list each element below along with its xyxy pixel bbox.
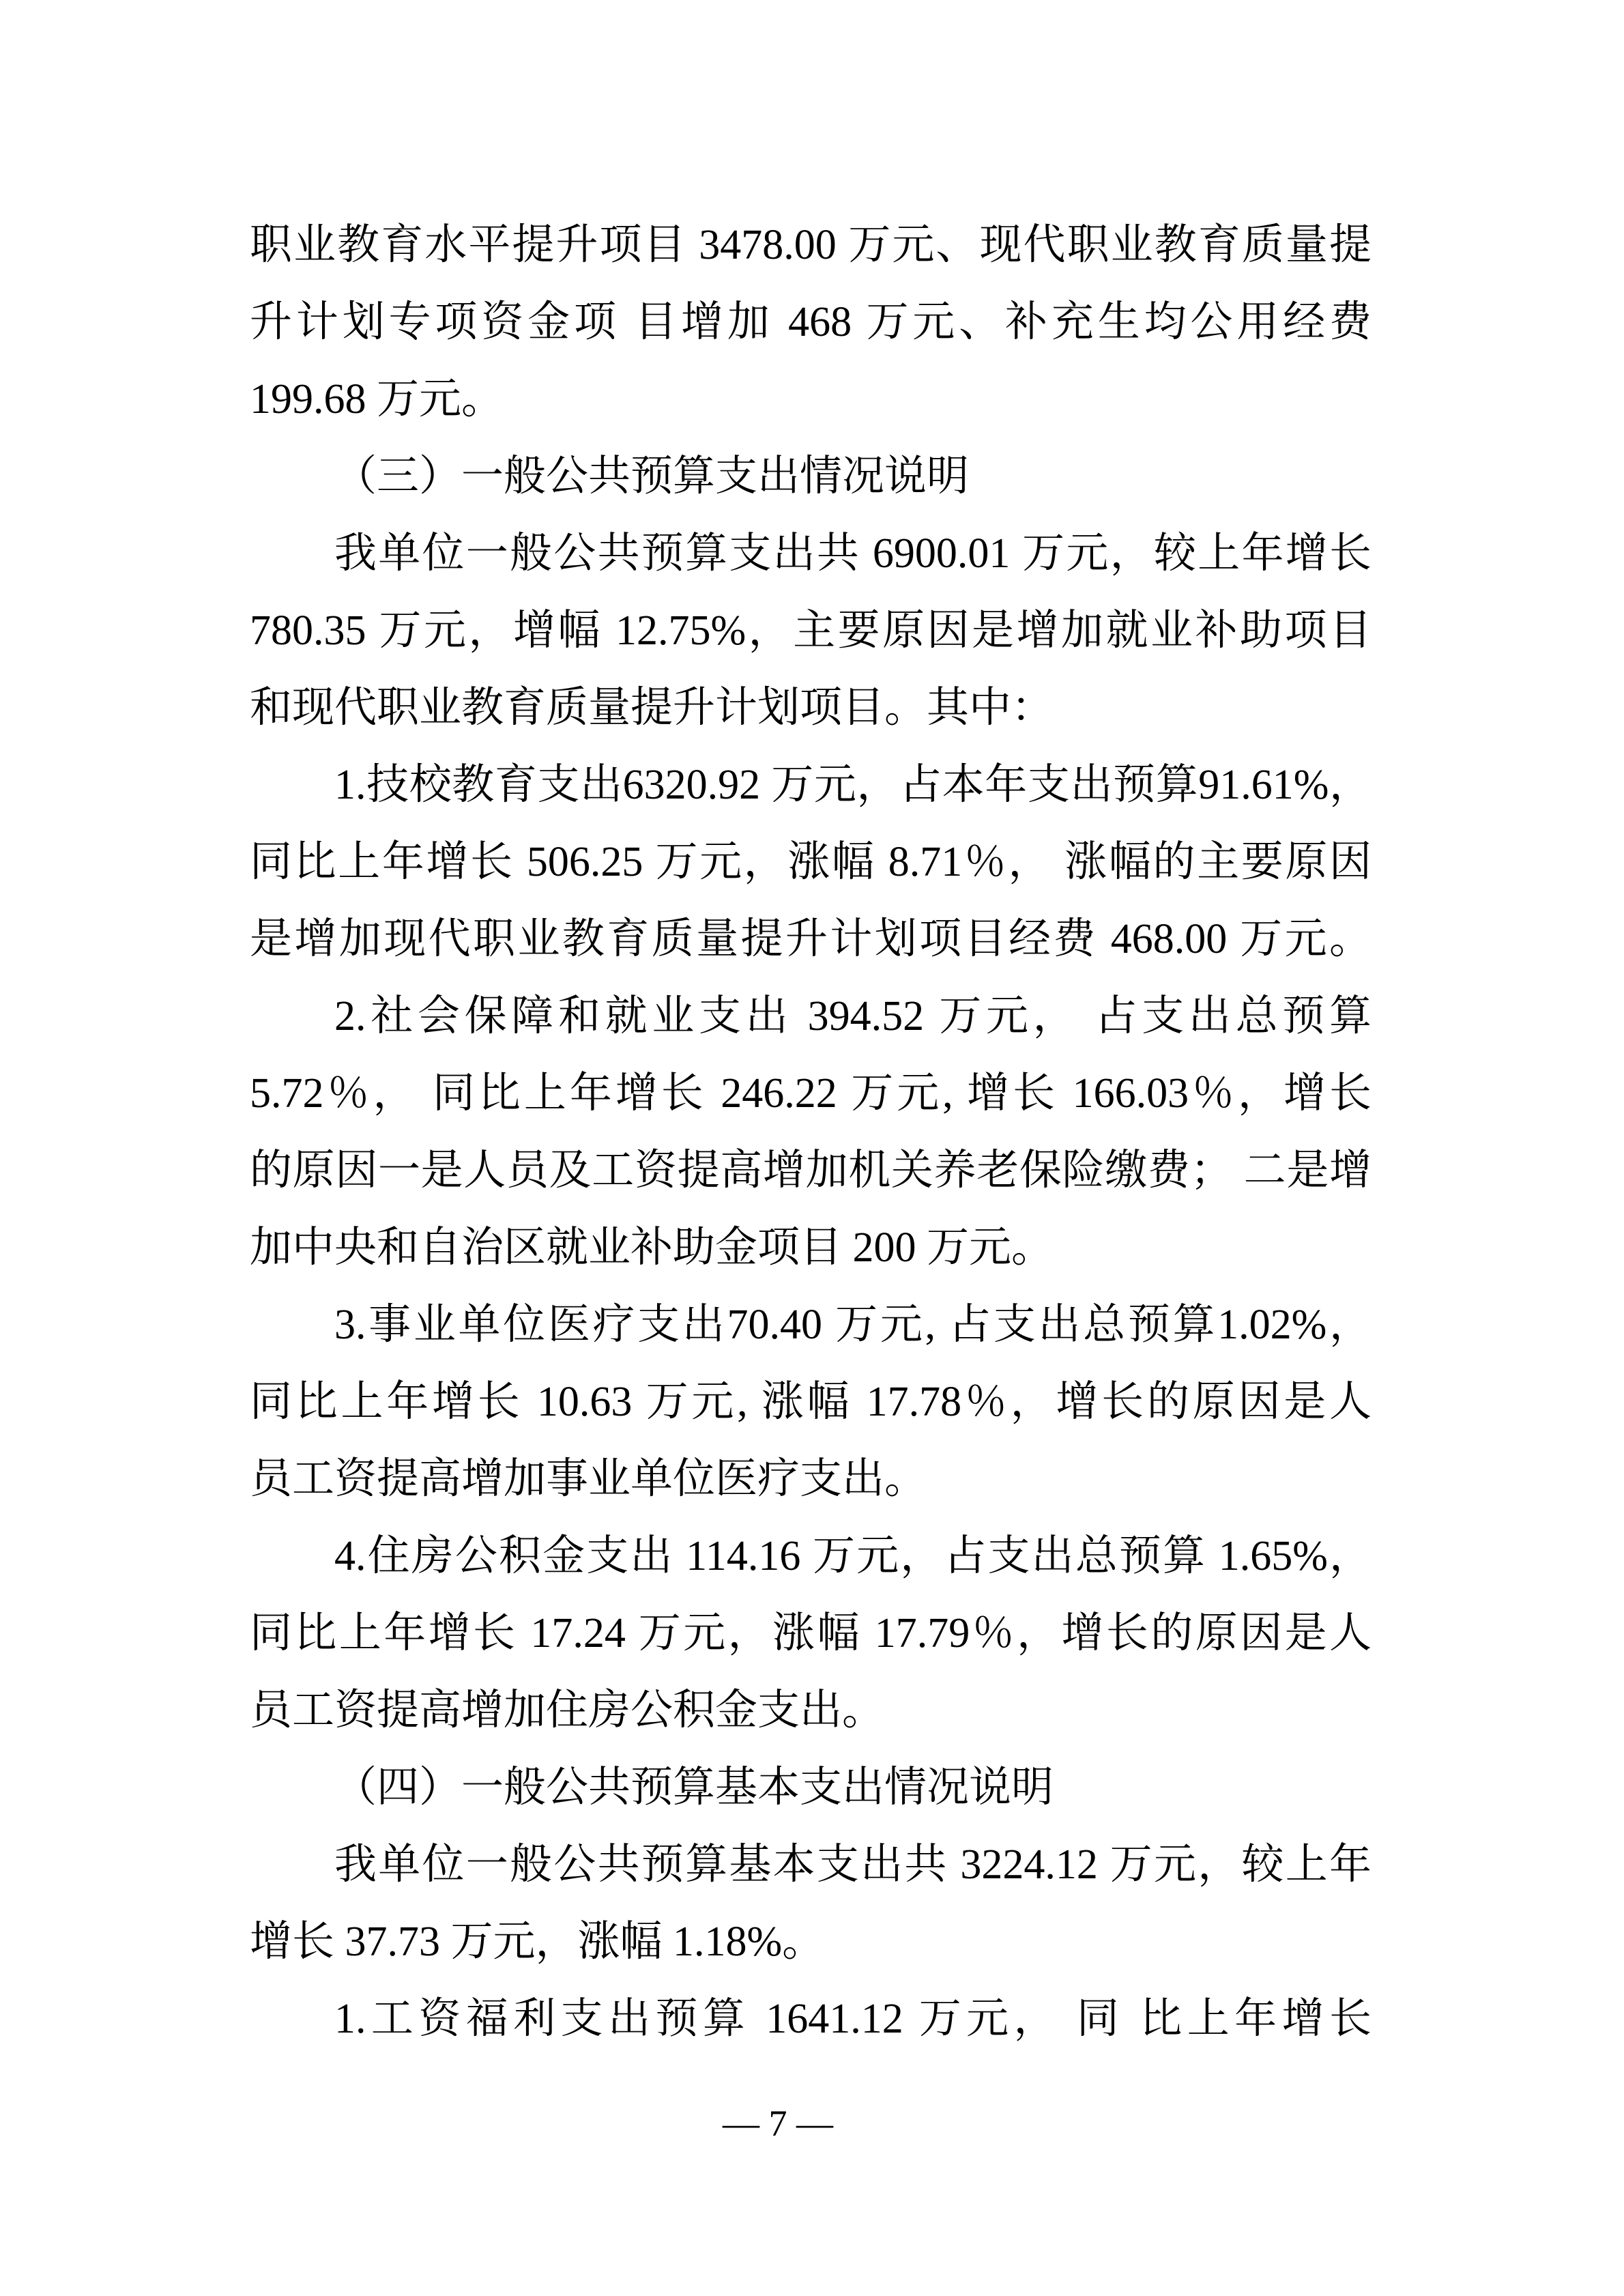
text-line: 职业教育水平提升项目 3478.00 万元、现代职业教育质量提 xyxy=(250,207,1372,284)
section-heading: （三）一般公共预算支出情况说明 xyxy=(250,438,1372,515)
section-heading: （四）一般公共预算基本支出情况说明 xyxy=(250,1749,1372,1826)
page-number: — 7 — xyxy=(723,2103,833,2144)
text-line: 780.35 万元，增幅 12.75%，主要原因是增加就业补助项目 xyxy=(250,592,1372,670)
text-line: 2.社会保障和就业支出 394.52 万元， 占支出总预算 xyxy=(250,978,1372,1055)
text-line: 我单位一般公共预算支出共 6900.01 万元，较上年增长 xyxy=(250,515,1372,592)
text-line: 我单位一般公共预算基本支出共 3224.12 万元，较上年 xyxy=(250,1826,1372,1904)
body-text: 职业教育水平提升项目 3478.00 万元、现代职业教育质量提 升计划专项资金项… xyxy=(250,207,1372,2058)
text-line: 1.工资福利支出预算 1641.12 万元， 同 比上年增长 xyxy=(250,1981,1372,2058)
text-line: 4.住房公积金支出 114.16 万元，占支出总预算 1.65%， xyxy=(250,1518,1372,1595)
text-line: 增长 37.73 万元，涨幅 1.18%。 xyxy=(250,1904,1372,1981)
text-line: 的原因一是人员及工资提高增加机关养老保险缴费； 二是增 xyxy=(250,1132,1372,1209)
text-line: 同比上年增长 17.24 万元，涨幅 17.79％，增长的原因是人 xyxy=(250,1595,1372,1672)
text-line: 199.68 万元。 xyxy=(250,361,1372,438)
document-page: 职业教育水平提升项目 3478.00 万元、现代职业教育质量提 升计划专项资金项… xyxy=(0,0,1624,2296)
text-line: 加中央和自治区就业补助金项目 200 万元。 xyxy=(250,1209,1372,1287)
text-line: 升计划专项资金项 目增加 468 万元、补充生均公用经费 xyxy=(250,284,1372,361)
text-line: 3.事业单位医疗支出70.40 万元, 占支出总预算1.02%， xyxy=(250,1287,1372,1364)
text-line: 同比上年增长 506.25 万元，涨幅 8.71％， 涨幅的主要原因 xyxy=(250,824,1372,901)
text-line: 员工资提高增加住房公积金支出。 xyxy=(250,1672,1372,1749)
text-line: 1.技校教育支出6320.92 万元，占本年支出预算91.61%， xyxy=(250,747,1372,824)
text-line: 同比上年增长 10.63 万元, 涨幅 17.78％，增长的原因是人 xyxy=(250,1364,1372,1441)
page-footer: — 7 — xyxy=(0,2101,1590,2146)
text-line: 是增加现代职业教育质量提升计划项目经费 468.00 万元。 xyxy=(250,901,1372,978)
text-line: 和现代职业教育质量提升计划项目。其中： xyxy=(250,670,1372,747)
text-line: 5.72％， 同比上年增长 246.22 万元, 增长 166.03％，增长 xyxy=(250,1055,1372,1132)
text-line: 员工资提高增加事业单位医疗支出。 xyxy=(250,1441,1372,1518)
